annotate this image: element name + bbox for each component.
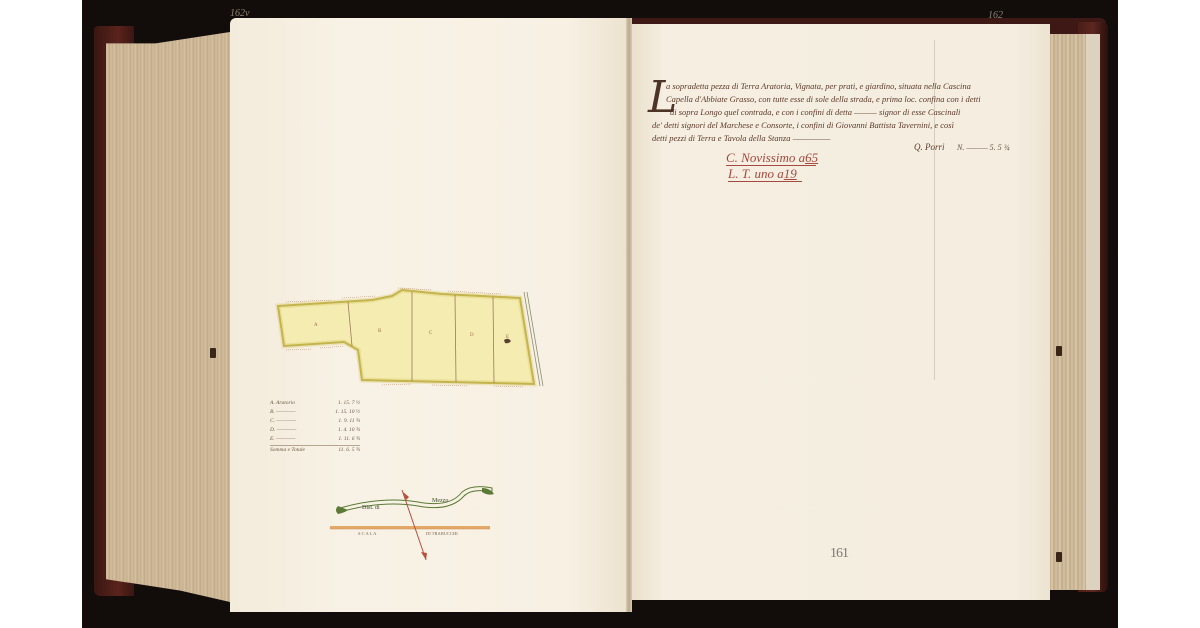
- land-plot-map: A B C D E: [272, 288, 548, 384]
- compass-drawing: Dist. di Mezzo S C A L A DI TRABUCCHI: [322, 478, 502, 562]
- table-row: D. ———— 1. 4. 10 ¾: [270, 427, 360, 436]
- ribbon-text-left: Dist. di: [362, 505, 380, 511]
- handwritten-entry: a sopradetta pezza di Terra Aratoria, Vi…: [652, 80, 982, 145]
- area-table: A. Aratorio 1. 15. 7 ½ B. ———— 1. 15. 10…: [270, 400, 360, 456]
- entry-line: a sopradetta pezza di Terra Aratoria, Vi…: [652, 80, 982, 93]
- scale-label-right: DI TRABUCCHI: [426, 531, 458, 536]
- red-annotation-novissimo: C. Novissimo a65: [726, 150, 818, 166]
- manuscript-photograph: 162v 162 161 A B C D E: [82, 0, 1118, 628]
- book-gutter: [626, 18, 632, 612]
- signature: Q. Porri: [914, 142, 945, 152]
- red-underline: [728, 181, 802, 182]
- entry-line: di sopra Longo quel contrada, e con i co…: [652, 106, 982, 119]
- clasp-mark-right-lower: [1056, 552, 1062, 562]
- entry-line: de' detti signori del Marchese e Consort…: [652, 119, 982, 132]
- table-row: B. ———— 1. 15. 10 ½: [270, 409, 360, 418]
- table-row: A. Aratorio 1. 15. 7 ½: [270, 400, 360, 409]
- parcel-label-a: A: [314, 323, 318, 328]
- table-row: C. ———— 1. 9. 11 ¾: [270, 418, 360, 427]
- parcel-label-d: D: [470, 333, 474, 338]
- compass-and-scale: Dist. di Mezzo S C A L A DI TRABUCCHI: [322, 478, 502, 562]
- entry-line: Capella d'Abbiate Grasso, con tutte esse…: [652, 93, 982, 106]
- clasp-mark-right-upper: [1056, 346, 1062, 356]
- folio-number-left: 162v: [230, 8, 249, 19]
- stamp-number: 161: [830, 546, 848, 562]
- margin-area-note: N. ——— 5. 5 ¾: [957, 143, 1010, 152]
- folio-number-right: 162: [988, 10, 1003, 21]
- page-stack-right-edge: [1086, 34, 1100, 590]
- table-total-row: Somma e Totale 11. 6. 5 ¾: [270, 445, 360, 456]
- red-underline: [726, 165, 816, 166]
- red-annotation-uno: L. T. uno a19: [728, 166, 797, 182]
- plot-drawing: A B C D E: [272, 288, 548, 384]
- ribbon-text-right: Mezzo: [432, 498, 448, 504]
- scale-label-left: S C A L A: [358, 531, 377, 536]
- table-row: E. ———— 1. 11. 6 ¾: [270, 436, 360, 445]
- clasp-mark-left: [210, 348, 216, 358]
- page-stack-left: [106, 32, 230, 602]
